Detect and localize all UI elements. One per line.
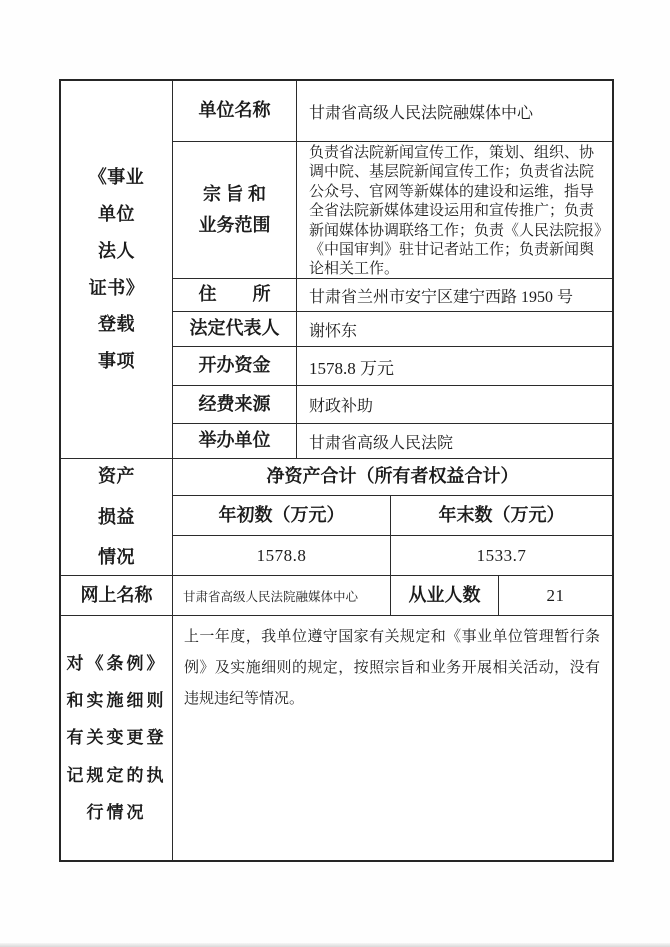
legal-representative-value: 谢怀东 [297, 312, 612, 347]
annual-report-table: 《事业 单位 法人 证书》 登载 事项 单位名称 甘肃省高级人民法院融媒体中心 … [59, 79, 614, 862]
scan-page-edge [0, 943, 670, 947]
assets-section-header: 资产 损益 情况 [61, 459, 173, 576]
unit-name-label: 单位名称 [173, 81, 297, 142]
funding-source-value: 财政补助 [297, 386, 612, 424]
net-assets-title: 净资产合计（所有者权益合计） [173, 459, 612, 496]
year-end-value: 1533.7 [391, 536, 612, 576]
year-end-label: 年末数（万元） [391, 496, 612, 536]
compliance-statement: 上一年度，我单位遵守国家有关规定和《事业单位管理暂行条例》及实施细则的规定，按照… [173, 616, 612, 860]
address-value: 甘肃省兰州市安宁区建宁西路 1950 号 [297, 279, 612, 312]
scanned-form-page: 《事业 单位 法人 证书》 登载 事项 单位名称 甘肃省高级人民法院融媒体中心 … [0, 0, 670, 947]
unit-name-value: 甘肃省高级人民法院融媒体中心 [297, 81, 612, 142]
staff-count-label: 从业人数 [391, 576, 499, 616]
compliance-section-header: 对《条例》 和实施细则 有关变更登 记规定的执 行情况 [61, 616, 173, 860]
organizer-label: 举办单位 [173, 424, 297, 459]
organizer-value: 甘肃省高级人民法院 [297, 424, 612, 459]
address-label: 住 所 [173, 279, 297, 312]
certificate-section-header: 《事业 单位 法人 证书》 登载 事项 [61, 81, 173, 459]
online-name-value: 甘肃省高级人民法院融媒体中心 [173, 576, 391, 616]
opening-funds-value: 1578.8 万元 [297, 347, 612, 386]
purpose-scope-label: 宗 旨 和 业务范围 [173, 142, 297, 279]
online-name-label: 网上名称 [61, 576, 173, 616]
funding-source-label: 经费来源 [173, 386, 297, 424]
legal-representative-label: 法定代表人 [173, 312, 297, 347]
staff-count-value: 21 [499, 576, 612, 616]
opening-funds-label: 开办资金 [173, 347, 297, 386]
purpose-scope-value: 负责省法院新闻宣传工作，策划、组织、协调中院、基层院新闻宣传工作；负责省法院公众… [297, 142, 612, 279]
year-start-value: 1578.8 [173, 536, 391, 576]
year-start-label: 年初数（万元） [173, 496, 391, 536]
